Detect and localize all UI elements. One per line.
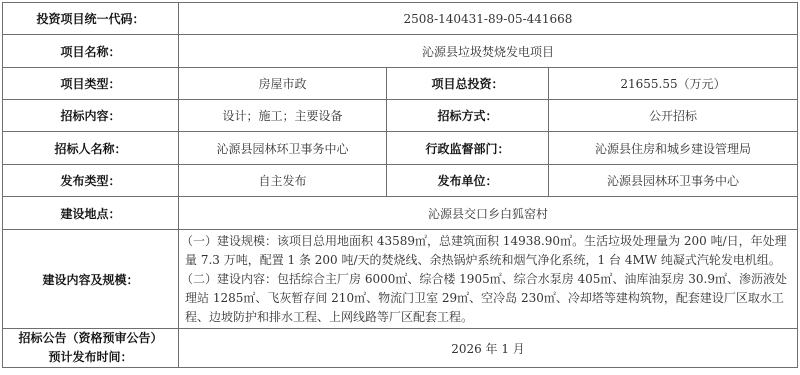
value-publisher: 沁源县园林环卫事务中心 bbox=[549, 165, 798, 197]
label-project-type: 项目类型： bbox=[3, 68, 179, 100]
value-project-code: 2508-140431-89-05-441668 bbox=[179, 3, 798, 35]
value-tender-content: 设计；施工；主要设备 bbox=[179, 100, 387, 132]
row-location: 建设地点： 沁源县交口乡白狐窑村 bbox=[3, 197, 798, 230]
row-project-name: 项目名称： 沁源县垃圾焚烧发电项目 bbox=[3, 35, 798, 68]
value-announce-time: 2026 年 1 月 bbox=[179, 329, 798, 368]
label-project-name: 项目名称： bbox=[3, 35, 179, 68]
row-scope: 建设内容及规模： （一）建设规模：该项目总用地面积 43589㎡，总建筑面积 1… bbox=[3, 230, 798, 329]
label-tender-content: 招标内容： bbox=[3, 100, 179, 132]
value-publish-type: 自主发布 bbox=[179, 165, 387, 197]
value-scope: （一）建设规模：该项目总用地面积 43589㎡，总建筑面积 14938.90㎡。… bbox=[179, 230, 798, 329]
value-project-name: 沁源县垃圾焚烧发电项目 bbox=[179, 35, 798, 68]
value-supervisor: 沁源县住房和城乡建设管理局 bbox=[549, 132, 798, 165]
value-project-type: 房屋市政 bbox=[179, 68, 387, 100]
row-project-code: 投资项目统一代码： 2508-140431-89-05-441668 bbox=[3, 3, 798, 35]
value-tenderer: 沁源县园林环卫事务中心 bbox=[179, 132, 387, 165]
scope-paragraph-1: （一）建设规模：该项目总用地面积 43589㎡，总建筑面积 14938.90㎡。… bbox=[185, 232, 791, 270]
value-location: 沁源县交口乡白狐窑村 bbox=[179, 197, 798, 230]
label-scope: 建设内容及规模： bbox=[3, 230, 179, 329]
row-project-type: 项目类型： 房屋市政 项目总投资： 21655.55（万元） bbox=[3, 68, 798, 100]
value-tender-method: 公开招标 bbox=[549, 100, 798, 132]
label-project-code: 投资项目统一代码： bbox=[3, 3, 179, 35]
label-supervisor: 行政监督部门： bbox=[387, 132, 549, 165]
project-info-table: 投资项目统一代码： 2508-140431-89-05-441668 项目名称：… bbox=[2, 2, 798, 368]
label-announce-line1: 招标公告（资格预审公告） bbox=[9, 329, 172, 348]
label-announce-time: 招标公告（资格预审公告） 预计发布时间： bbox=[3, 329, 179, 368]
label-publish-type: 发布类型： bbox=[3, 165, 179, 197]
scope-paragraph-2: （二）建设内容：包括综合主厂房 6000㎡、综合楼 1905㎡、综合水泵房 40… bbox=[185, 270, 791, 327]
label-tender-method: 招标方式： bbox=[387, 100, 549, 132]
row-tenderer: 招标人名称： 沁源县园林环卫事务中心 行政监督部门： 沁源县住房和城乡建设管理局 bbox=[3, 132, 798, 165]
label-total-investment: 项目总投资： bbox=[387, 68, 549, 100]
label-tenderer: 招标人名称： bbox=[3, 132, 179, 165]
row-publish-type: 发布类型： 自主发布 发布单位： 沁源县园林环卫事务中心 bbox=[3, 165, 798, 197]
label-location: 建设地点： bbox=[3, 197, 179, 230]
label-publisher: 发布单位： bbox=[387, 165, 549, 197]
label-announce-line2: 预计发布时间： bbox=[9, 348, 172, 367]
row-tender-content: 招标内容： 设计；施工；主要设备 招标方式： 公开招标 bbox=[3, 100, 798, 132]
row-announce-time: 招标公告（资格预审公告） 预计发布时间： 2026 年 1 月 bbox=[3, 329, 798, 368]
value-total-investment: 21655.55（万元） bbox=[549, 68, 798, 100]
